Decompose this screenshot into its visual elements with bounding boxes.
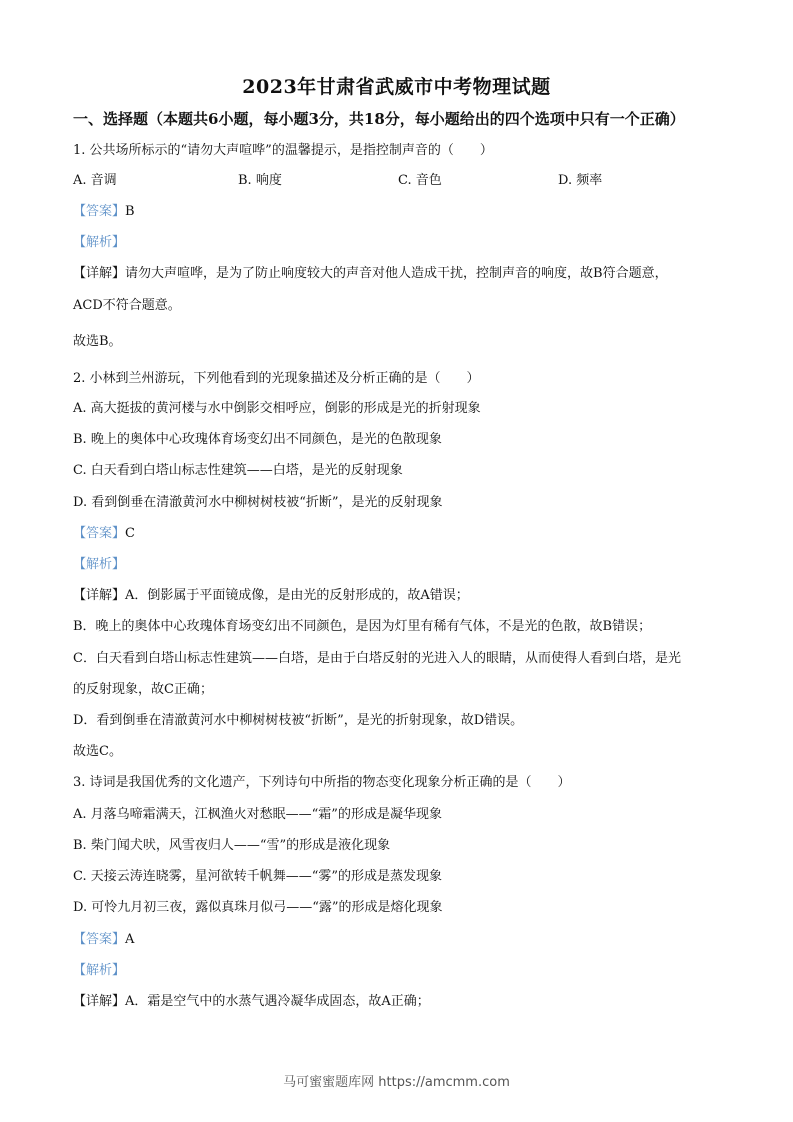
detail-text: A．霜是空气中的水蒸气遇冷凝华成固态，故A正确； — [125, 994, 430, 1009]
question-1-detail: 【详解】请勿大声喧哗，是为了防止响度较大的声音对他人造成干扰，控制声音的响度，故… — [73, 265, 668, 283]
question-2-stem: 2. 小林到兰州游玩，下列他看到的光现象描述及分析正确的是（ ） — [73, 370, 480, 388]
question-2-option-a: A. 高大挺拔的黄河楼与水中倒影交相呼应，倒影的形成是光的折射现象 — [73, 400, 481, 418]
detail-label: 【详解】 — [73, 266, 125, 281]
detail-label: 【详解】 — [73, 588, 125, 603]
question-2-detail-d: D．看到倒垂在清澈黄河水中柳树树枝被“折断”，是光的折射现象，故D错误。 — [73, 712, 523, 730]
answer-label: 【答案】 — [73, 526, 125, 541]
question-3-analysis-label: 【解析】 — [73, 962, 125, 980]
footer-watermark: 马可蜜蜜题库网 https://amcmm.com — [0, 1071, 793, 1090]
question-2-option-c: C. 白天看到白塔山标志性建筑——白塔，是光的反射现象 — [73, 462, 403, 480]
question-2-detail-c: C．白天看到白塔山标志性建筑——白塔，是由于白塔反射的光进入人的眼睛，从而使得人… — [73, 650, 681, 668]
question-3-detail: 【详解】A．霜是空气中的水蒸气遇冷凝华成固态，故A正确； — [73, 993, 430, 1011]
question-2-answer: 【答案】C — [73, 525, 135, 543]
question-1-answer: 【答案】B — [73, 203, 135, 221]
question-3-stem: 3. 诗词是我国优秀的文化遗产，下列诗句中所指的物态变化现象分析正确的是（ ） — [73, 774, 571, 792]
question-1-stem: 1. 公共场所标示的“请勿大声喧哗”的温馨提示，是指控制声音的（ ） — [73, 142, 493, 160]
detail-text: 请勿大声喧哗，是为了防止响度较大的声音对他人造成干扰，控制声音的响度，故B符合题… — [125, 266, 668, 281]
question-2-detail-c-cont: 的反射现象，故C正确； — [73, 681, 213, 699]
answer-value: C — [125, 526, 135, 541]
question-3-answer: 【答案】A — [73, 931, 134, 949]
question-2-option-b: B. 晚上的奥体中心玫瑰体育场变幻出不同颜色，是光的色散现象 — [73, 431, 442, 449]
question-2-detail-b: B．晚上的奥体中心玫瑰体育场变幻出不同颜色，是因为灯里有稀有气体，不是光的色散，… — [73, 618, 651, 636]
detail-label: 【详解】 — [73, 994, 125, 1009]
option-b: B. 响度 — [238, 172, 282, 190]
answer-value: B — [125, 204, 135, 219]
question-1-detail-cont: ACD不符合题意。 — [73, 297, 181, 315]
question-2-conclusion: 故选C。 — [73, 743, 122, 761]
question-3-option-b: B. 柴门闻犬吠，风雪夜归人——“雪”的形成是液化现象 — [73, 837, 390, 855]
question-3-option-d: D. 可怜九月初三夜，露似真珠月似弓——“露”的形成是熔化现象 — [73, 899, 443, 917]
question-2-analysis-label: 【解析】 — [73, 556, 125, 574]
option-d: D. 频率 — [558, 172, 602, 190]
question-3-option-c: C. 天接云涛连晓雾，星河欲转千帆舞——“雾”的形成是蒸发现象 — [73, 868, 442, 886]
document-page: 2023年甘肃省武威市中考物理试题 一、选择题（本题共6小题，每小题3分，共18… — [0, 0, 793, 1122]
option-c: C. 音色 — [398, 172, 442, 190]
question-1-conclusion: 故选B。 — [73, 333, 122, 351]
question-1-analysis-label: 【解析】 — [73, 234, 125, 252]
option-a: A. 音调 — [73, 172, 117, 190]
question-2-detail: 【详解】A．倒影属于平面镜成像，是由光的反射形成的，故A错误； — [73, 587, 469, 605]
answer-value: A — [125, 932, 134, 947]
answer-label: 【答案】 — [73, 932, 125, 947]
question-3-option-a: A. 月落乌啼霜满天，江枫渔火对愁眠——“霜”的形成是凝华现象 — [73, 806, 442, 824]
page-title: 2023年甘肃省武威市中考物理试题 — [0, 72, 793, 99]
question-2-option-d: D. 看到倒垂在清澈黄河水中柳树树枝被“折断”，是光的反射现象 — [73, 494, 443, 512]
detail-text: A．倒影属于平面镜成像，是由光的反射形成的，故A错误； — [125, 588, 469, 603]
answer-label: 【答案】 — [73, 204, 125, 219]
section-heading: 一、选择题（本题共6小题，每小题3分，共18分，每小题给出的四个选项中只有一个正… — [73, 108, 685, 129]
